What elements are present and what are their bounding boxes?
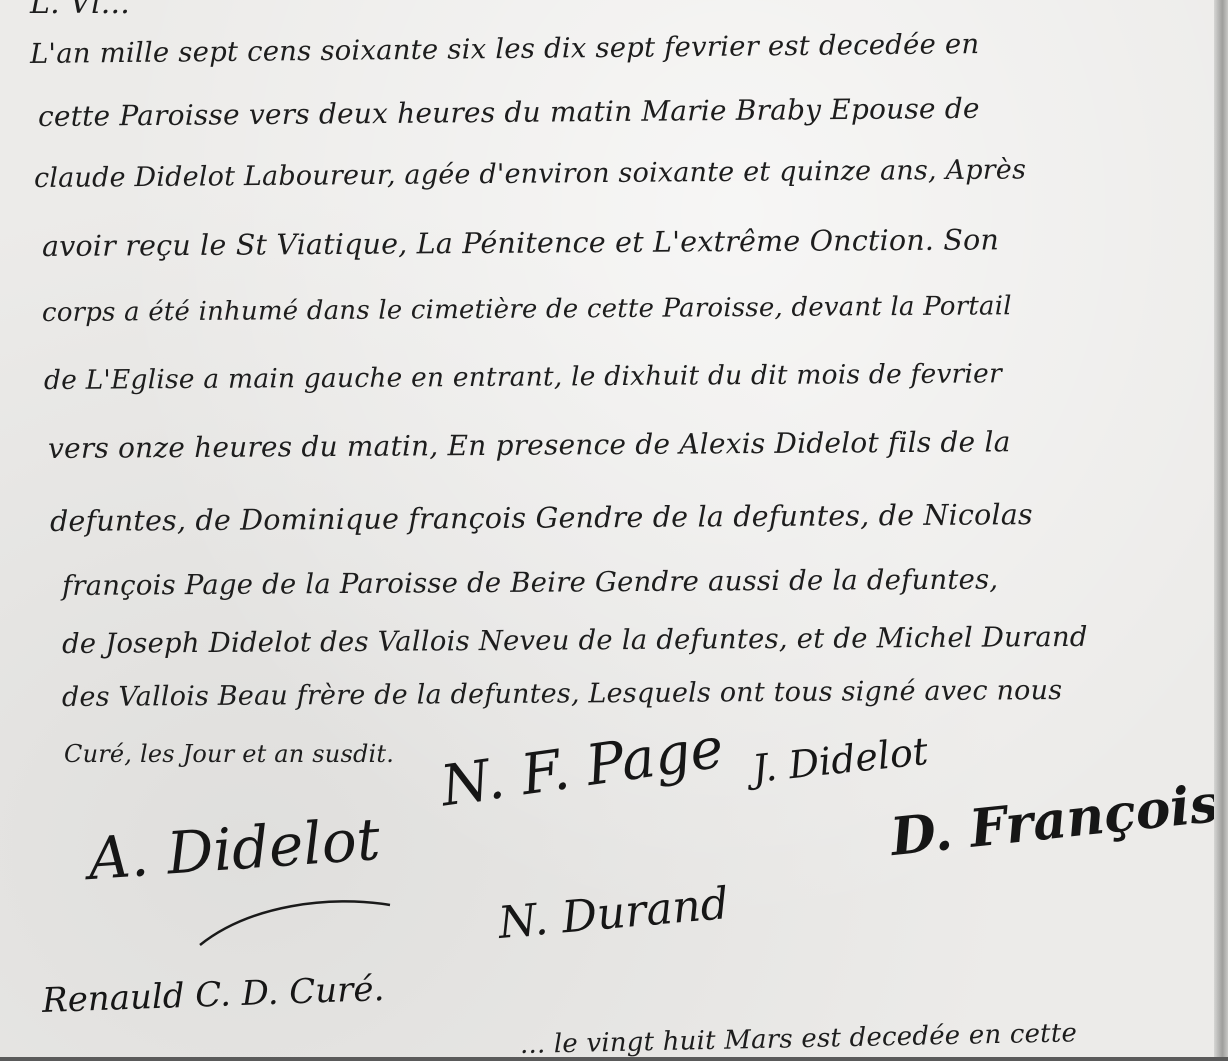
page-bottom-edge [0, 1057, 1228, 1061]
text-line-4: avoir reçu le St Viatique, La Pénitence … [42, 223, 999, 263]
text-line-2: cette Paroisse vers deux heures du matin… [38, 92, 980, 133]
text-line-10: de Joseph Didelot des Vallois Neveu de l… [62, 621, 1088, 660]
text-line-11: des Vallois Beau frère de la defuntes, L… [62, 675, 1062, 713]
text-line-6: de L'Eglise a main gauche en entrant, le… [44, 358, 1002, 396]
text-line-7: vers onze heures du matin, En presence d… [48, 425, 1011, 465]
text-line-5: corps a été inhumé dans le cimetière de … [42, 291, 1012, 328]
top-fragment: L. Vi... [30, 0, 130, 21]
signature-nf-page: N. F. Page [437, 716, 728, 820]
signature-flourish-didelot [190, 875, 420, 955]
signature-francois: D. François [888, 773, 1222, 868]
next-entry-fragment: ... le vingt huit Mars est decedée en ce… [520, 1018, 1078, 1060]
page-binding-edge [1214, 0, 1228, 1061]
signature-cure-renauld: Renauld C. D. Curé. [41, 969, 385, 1021]
text-line-12: Curé, les Jour et an susdit. [64, 740, 394, 768]
text-line-8: defuntes, de Dominique françois Gendre d… [50, 498, 1033, 538]
register-page: L. Vi... L'an mille sept cens soixante s… [0, 0, 1228, 1061]
signature-n-durand: N. Durand [496, 878, 731, 949]
text-line-9: françois Page de la Paroisse de Beire Ge… [62, 563, 999, 602]
text-line-3: claude Didelot Laboureur, agée d'environ… [34, 154, 1026, 194]
text-line-1: L'an mille sept cens soixante six les di… [30, 28, 980, 70]
signature-j-didelot: J. Didelot [750, 729, 930, 791]
